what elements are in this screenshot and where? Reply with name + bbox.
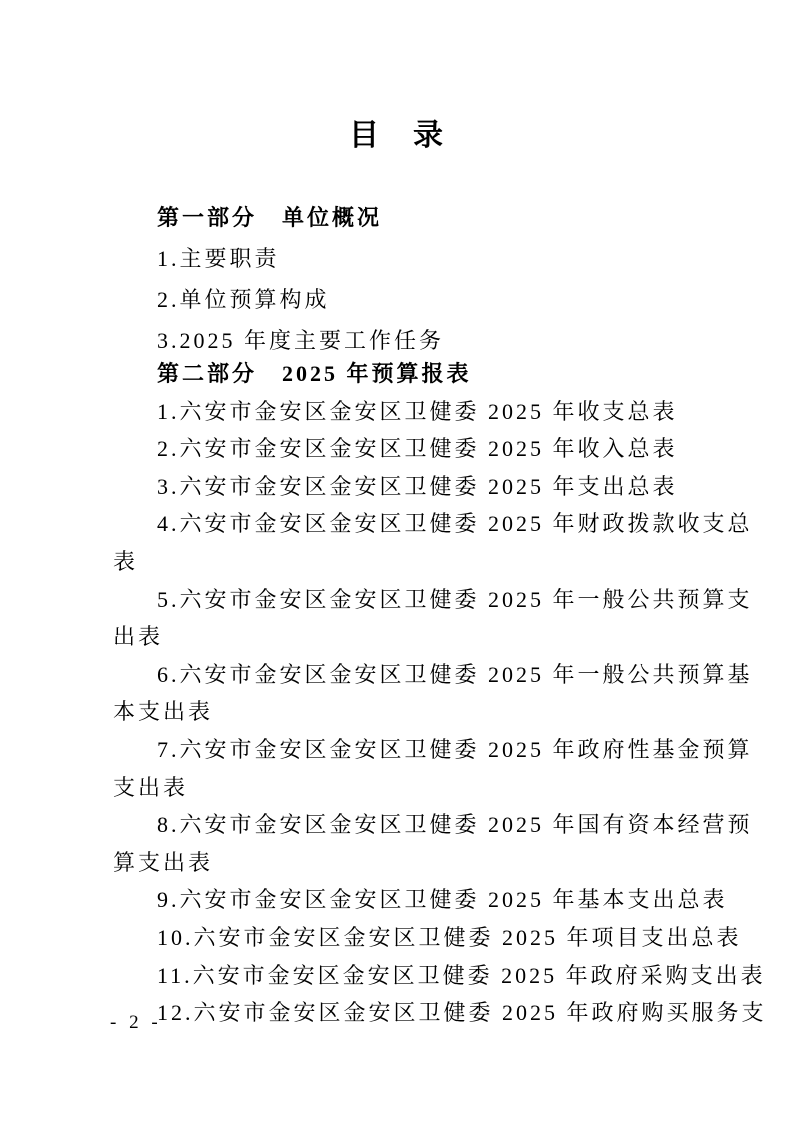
page-title: 目 录: [0, 0, 794, 160]
toc-item: 8.六安市金安区金安区卫健委 2025 年国有资本经营预: [113, 806, 683, 844]
toc-item: 11.六安市金安区金安区卫健委 2025 年政府采购支出表: [113, 957, 683, 995]
toc-item: 9.六安市金安区金安区卫健委 2025 年基本支出总表: [113, 881, 683, 919]
toc-section-heading: 第二部分 2025 年预算报表: [113, 355, 683, 393]
toc-item-continuation: 算支出表: [113, 844, 683, 882]
page-number: - 2 -: [110, 1012, 162, 1034]
toc-item: 4.六安市金安区金安区卫健委 2025 年财政拨款收支总: [113, 505, 683, 543]
toc-item: 3.六安市金安区金安区卫健委 2025 年支出总表: [113, 468, 683, 506]
toc-item-continuation: 出表: [113, 618, 683, 656]
toc-item: 2.单位预算构成: [113, 279, 683, 320]
document-page: 目 录 第一部分 单位概况1.主要职责2.单位预算构成3.2025 年度主要工作…: [0, 0, 794, 1122]
toc-item-continuation: 本支出表: [113, 693, 683, 731]
toc-item: 6.六安市金安区金安区卫健委 2025 年一般公共预算基: [113, 656, 683, 694]
toc-section-heading: 第一部分 单位概况: [113, 197, 683, 238]
toc-item: 2.六安市金安区金安区卫健委 2025 年收入总表: [113, 430, 683, 468]
toc-item: 12.六安市金安区金安区卫健委 2025 年政府购买服务支: [113, 994, 683, 1032]
toc-item: 1.六安市金安区金安区卫健委 2025 年收支总表: [113, 393, 683, 431]
table-of-contents: 第一部分 单位概况1.主要职责2.单位预算构成3.2025 年度主要工作任务第二…: [113, 197, 683, 1032]
toc-item: 5.六安市金安区金安区卫健委 2025 年一般公共预算支: [113, 581, 683, 619]
toc-item: 7.六安市金安区金安区卫健委 2025 年政府性基金预算: [113, 731, 683, 769]
toc-item: 1.主要职责: [113, 238, 683, 279]
toc-item-continuation: 表: [113, 543, 683, 581]
toc-item: 10.六安市金安区金安区卫健委 2025 年项目支出总表: [113, 919, 683, 957]
toc-item-continuation: 支出表: [113, 769, 683, 807]
